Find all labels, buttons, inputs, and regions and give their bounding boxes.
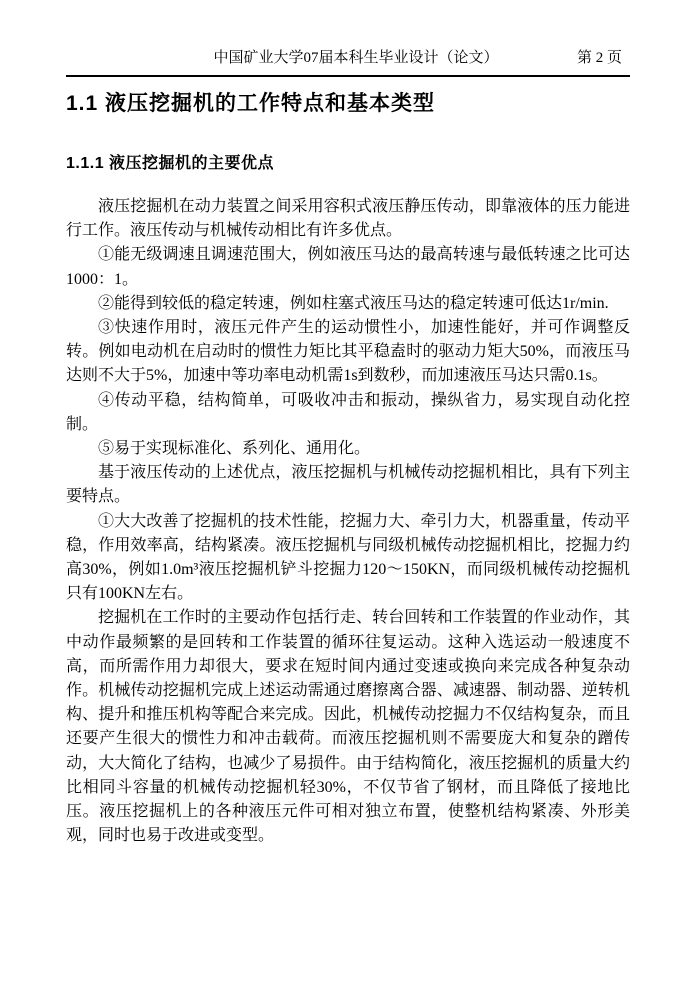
paragraph: ④传动平稳，结构简单，可吸收冲击和振动，操纵省力，易实现自动化控制。 [66,389,630,437]
header-row: 中国矿业大学07届本科生毕业设计（论文） 第 2 页 [66,48,630,68]
body-text: 液压挖掘机在动力装置之间采用容积式液压静压传动，即靠液体的压力能进行工作。液压传… [66,195,630,848]
paragraph: ②能得到较低的稳定转速，例如柱塞式液压马达的稳定转速可低达1r/min. [66,292,630,316]
header-title: 中国矿业大学07届本科生毕业设计（论文） [213,48,498,68]
paragraph: ①能无级调速且调速范围大，例如液压马达的最高转速与最低转速之比可达1000：1。 [66,243,630,291]
paragraph: 液压挖掘机在动力装置之间采用容积式液压静压传动，即靠液体的压力能进行工作。液压传… [66,195,630,243]
paragraph: 基于液压传动的上述优点，液压挖掘机与机械传动挖掘机相比，具有下列主要特点。 [66,461,630,509]
paragraph: ⑤易于实现标准化、系列化、通用化。 [66,437,630,461]
page-number: 第 2 页 [577,48,622,68]
paragraph: ③快速作用时，液压元件产生的运动惯性小，加速性能好，并可作调整反转。例如电动机在… [66,316,630,389]
document-page: 中国矿业大学07届本科生毕业设计（论文） 第 2 页 1.1 液压挖掘机的工作特… [0,0,696,983]
paragraph: 挖掘机在工作时的主要动作包括行走、转台回转和工作装置的作业动作，其中动作最频繁的… [66,606,630,848]
section-heading: 1.1 液压挖掘机的工作特点和基本类型 [66,91,630,116]
page-header: 中国矿业大学07届本科生毕业设计（论文） 第 2 页 [66,48,630,77]
subsection-heading: 1.1.1 液压挖掘机的主要优点 [66,153,630,174]
header-rule [66,75,630,77]
paragraph: ①大大改善了挖掘机的技术性能，挖掘力大、牵引力大，机器重量，传动平稳，作用效率高… [66,510,630,607]
